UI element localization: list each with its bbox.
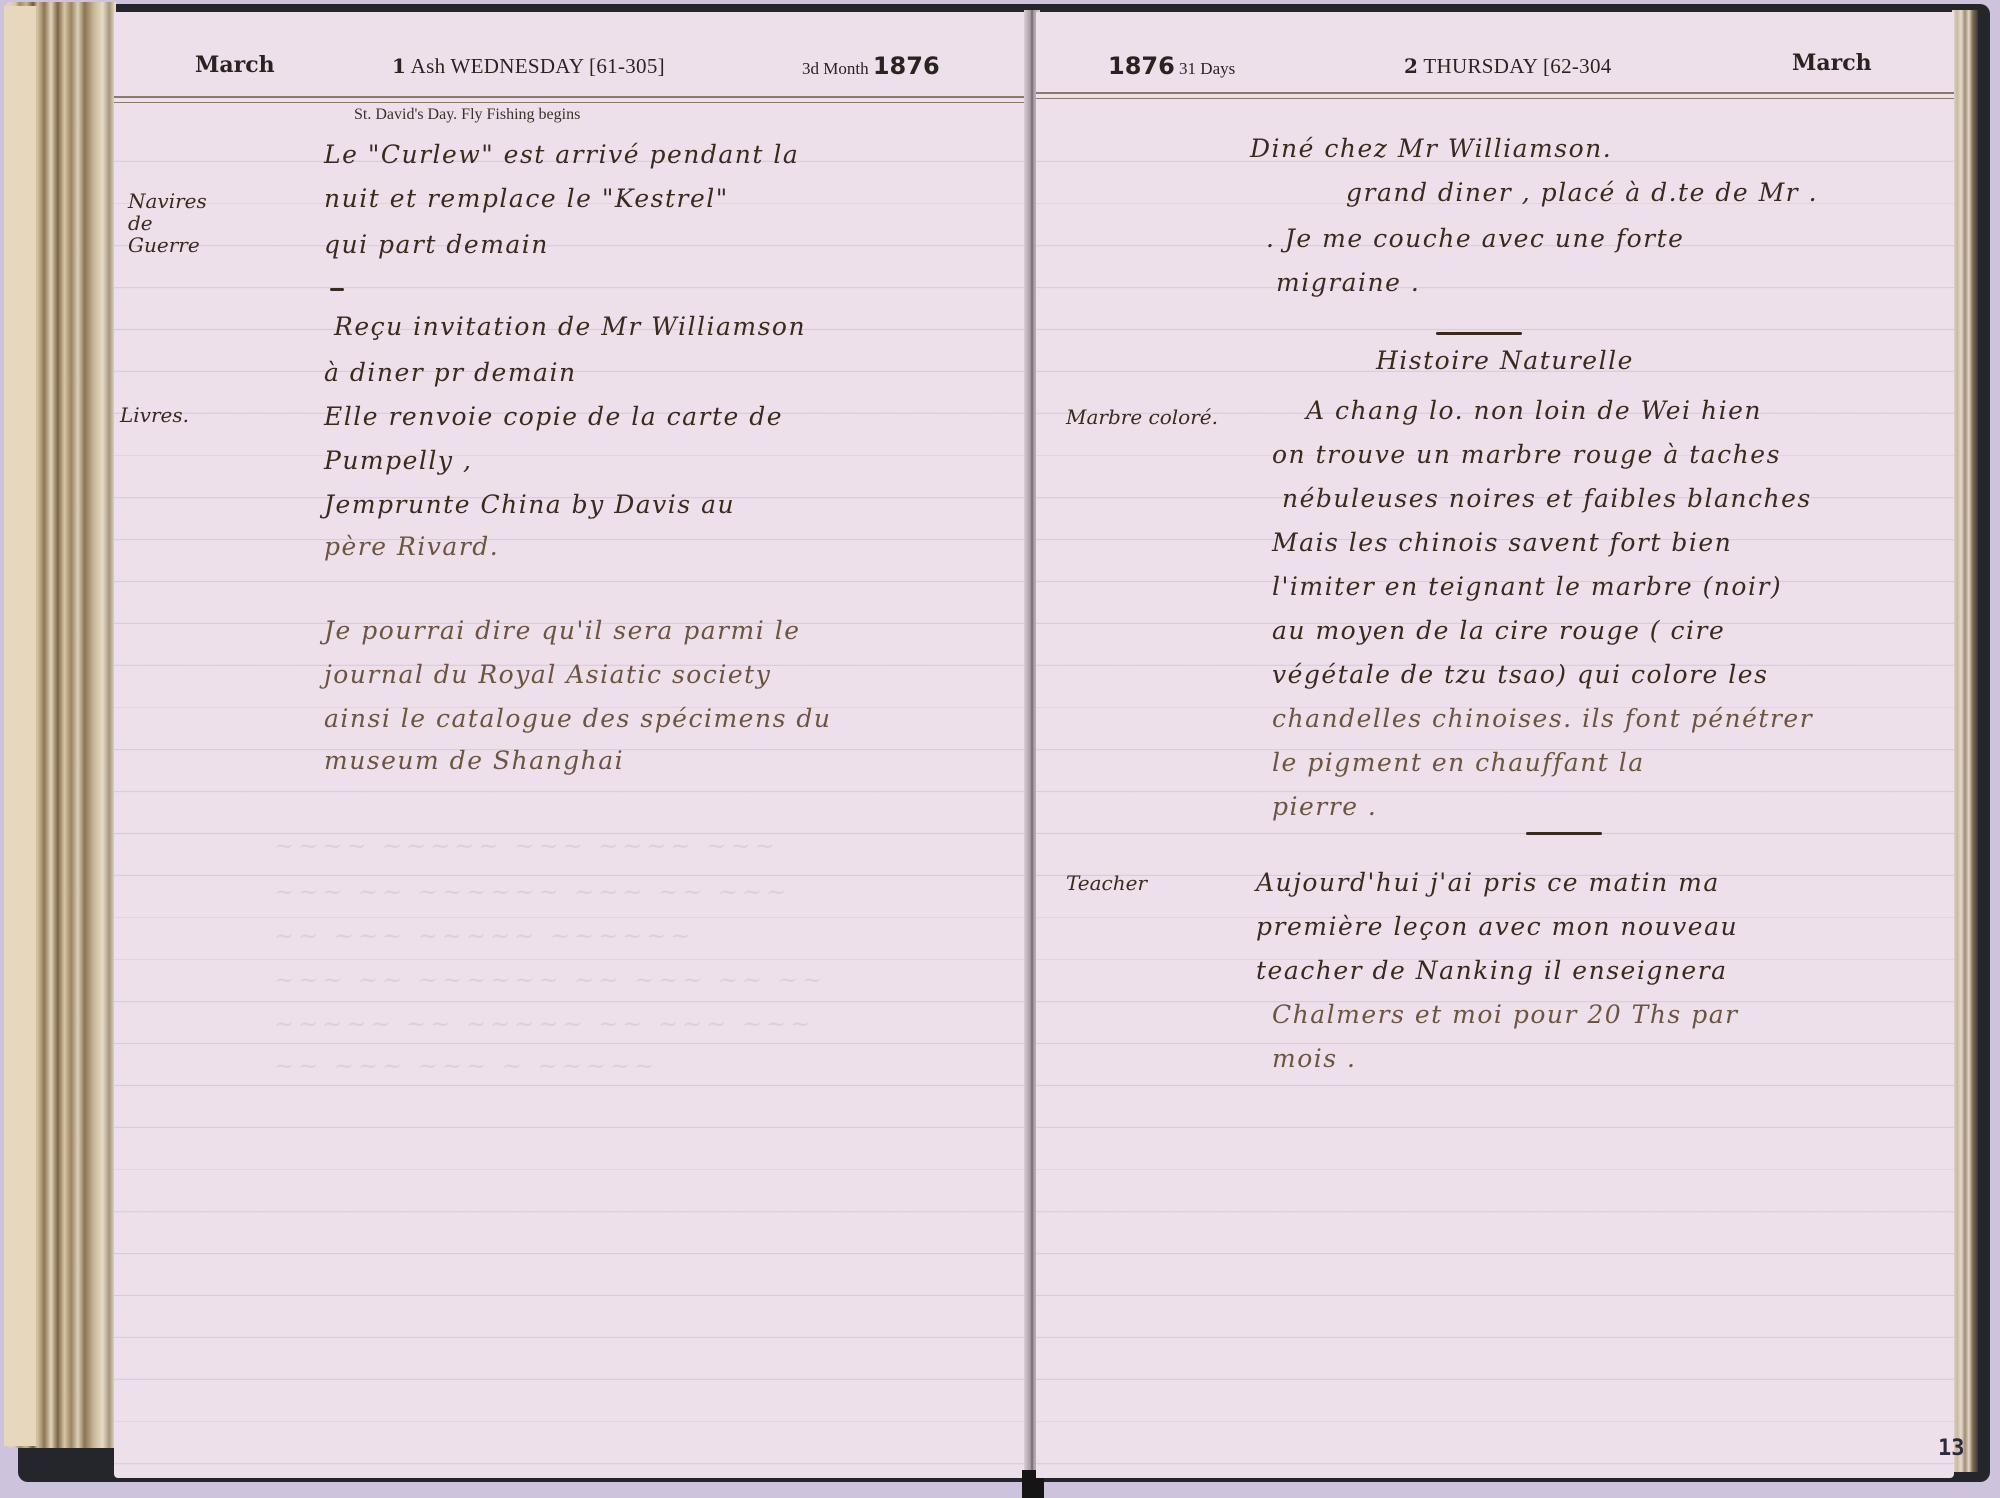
margin-note-navires: Navires de Guerre [128,190,208,256]
entry-line: . Je me couche avec une forte [1266,224,1684,253]
entry-line: Aujourd'hui j'ai pris ce matin ma [1256,868,1720,897]
left-month-label: 3d Month [802,59,869,78]
entry-line: père Rivard. [324,532,499,561]
right-year-block: 1876 31 Days [1108,52,1235,80]
separator-dash [1526,832,1602,835]
right-days-label: 31 Days [1179,59,1235,78]
entry-line: Diné chez Mr Williamson. [1250,134,1612,163]
right-day-number: 2 [1404,54,1418,78]
entry-line: chandelles chinoises. ils font pénétrer [1272,704,1813,733]
left-month: March [195,52,275,78]
right-page-header: 1876 31 Days 2 THURSDAY [62-304 March [1036,12,1954,92]
entry-line: grand diner , placé à d.te de Mr . [1346,178,1818,207]
entry-line: Le "Curlew" est arrivé pendant la [324,140,799,169]
right-page-stack [1952,10,1978,1472]
right-year: 1876 [1108,52,1175,80]
page-number: 13 [1938,1436,1965,1461]
left-day-name: Ash WEDNESDAY [61-305] [411,54,665,78]
left-page-header: March 1 Ash WEDNESDAY [61-305] 3d Month … [114,12,1032,92]
left-year: 1876 [873,52,940,80]
entry-line: nébuleuses noires et faibles blanches [1282,484,1812,513]
entry-line: Chalmers et moi pour 20 Ths par [1272,1000,1739,1029]
section-title: Histoire Naturelle [1376,346,1634,375]
left-year-block: 3d Month 1876 [802,52,940,80]
entry-line: Je pourrai dire qu'il sera parmi le [324,616,801,645]
right-day-heading: 2 THURSDAY [62-304 [1404,54,1612,79]
entry-line: à diner pr demain [324,358,577,387]
left-day-heading: 1 Ash WEDNESDAY [61-305] [392,54,665,79]
right-month: March [1792,50,1872,76]
entry-line: mois . [1272,1044,1356,1073]
margin-note-marbre: Marbre coloré. [1066,406,1218,428]
entry-line: museum de Shanghai [324,746,624,775]
entry-line: le pigment en chauffant la [1272,748,1645,777]
bleed-through-text: ~~~ ~~ ~~~~~~ ~~ ~~~ ~~ ~~ [274,966,826,994]
right-day-name: THURSDAY [62-304 [1423,54,1611,78]
entry-line: ainsi le catalogue des spécimens du [324,704,831,733]
bleed-through-text: ~~~ ~~ ~~~~~~ ~~~ ~~ ~~~ [274,878,790,906]
entry-line: migraine . [1276,268,1420,297]
left-header-rule [114,96,1032,103]
entry-line: Reçu invitation de Mr Williamson [334,312,806,341]
entry-line: au moyen de la cire rouge ( cire [1272,616,1725,645]
bleed-through-text: ~~~~~ ~~ ~~~~~ ~~ ~~~ ~~~ [274,1010,814,1038]
left-paper-flap [4,6,38,1446]
left-subheading: St. David's Day. Fly Fishing begins [354,106,580,124]
left-day-number: 1 [392,54,406,78]
entry-line: végétale de tzu tsao) qui colore les [1272,660,1768,689]
separator-dash [1436,332,1522,335]
separator-dash [330,288,344,291]
right-page: 1876 31 Days 2 THURSDAY [62-304 March Di… [1036,12,1954,1478]
entry-line: Mais les chinois savent fort bien [1272,528,1732,557]
margin-note-livres: Livres. [120,404,189,426]
bleed-through-text: ~~ ~~~ ~~~~~ ~~~~~~ [274,922,695,950]
entry-line: Pumpelly , [324,446,472,475]
entry-line: Elle renvoie copie de la carte de [324,402,783,431]
entry-line: nuit et remplace le "Kestrel" [324,184,729,213]
margin-note-teacher: Teacher [1066,872,1147,894]
bleed-through-text: ~~~~ ~~~~~ ~~~ ~~~~ ~~~ [274,832,779,860]
entry-line: teacher de Nanking il enseignera [1256,956,1728,985]
left-page: March 1 Ash WEDNESDAY [61-305] 3d Month … [114,12,1032,1478]
entry-line: première leçon avec mon nouveau [1256,912,1738,941]
bleed-through-text: ~~ ~~~ ~~~ ~ ~~~~~ [274,1052,658,1080]
entry-line: on trouve un marbre rouge à taches [1272,440,1781,469]
entry-line: l'imiter en teignant le marbre (noir) [1272,572,1782,601]
entry-line: journal du Royal Asiatic society [324,660,771,689]
entry-line: pierre . [1272,792,1377,821]
entry-line: Jemprunte China by Davis au [324,490,735,519]
entry-line: qui part demain [324,230,549,259]
right-header-rule [1036,92,1954,99]
entry-line: A chang lo. non loin de Wei hien [1306,396,1762,425]
